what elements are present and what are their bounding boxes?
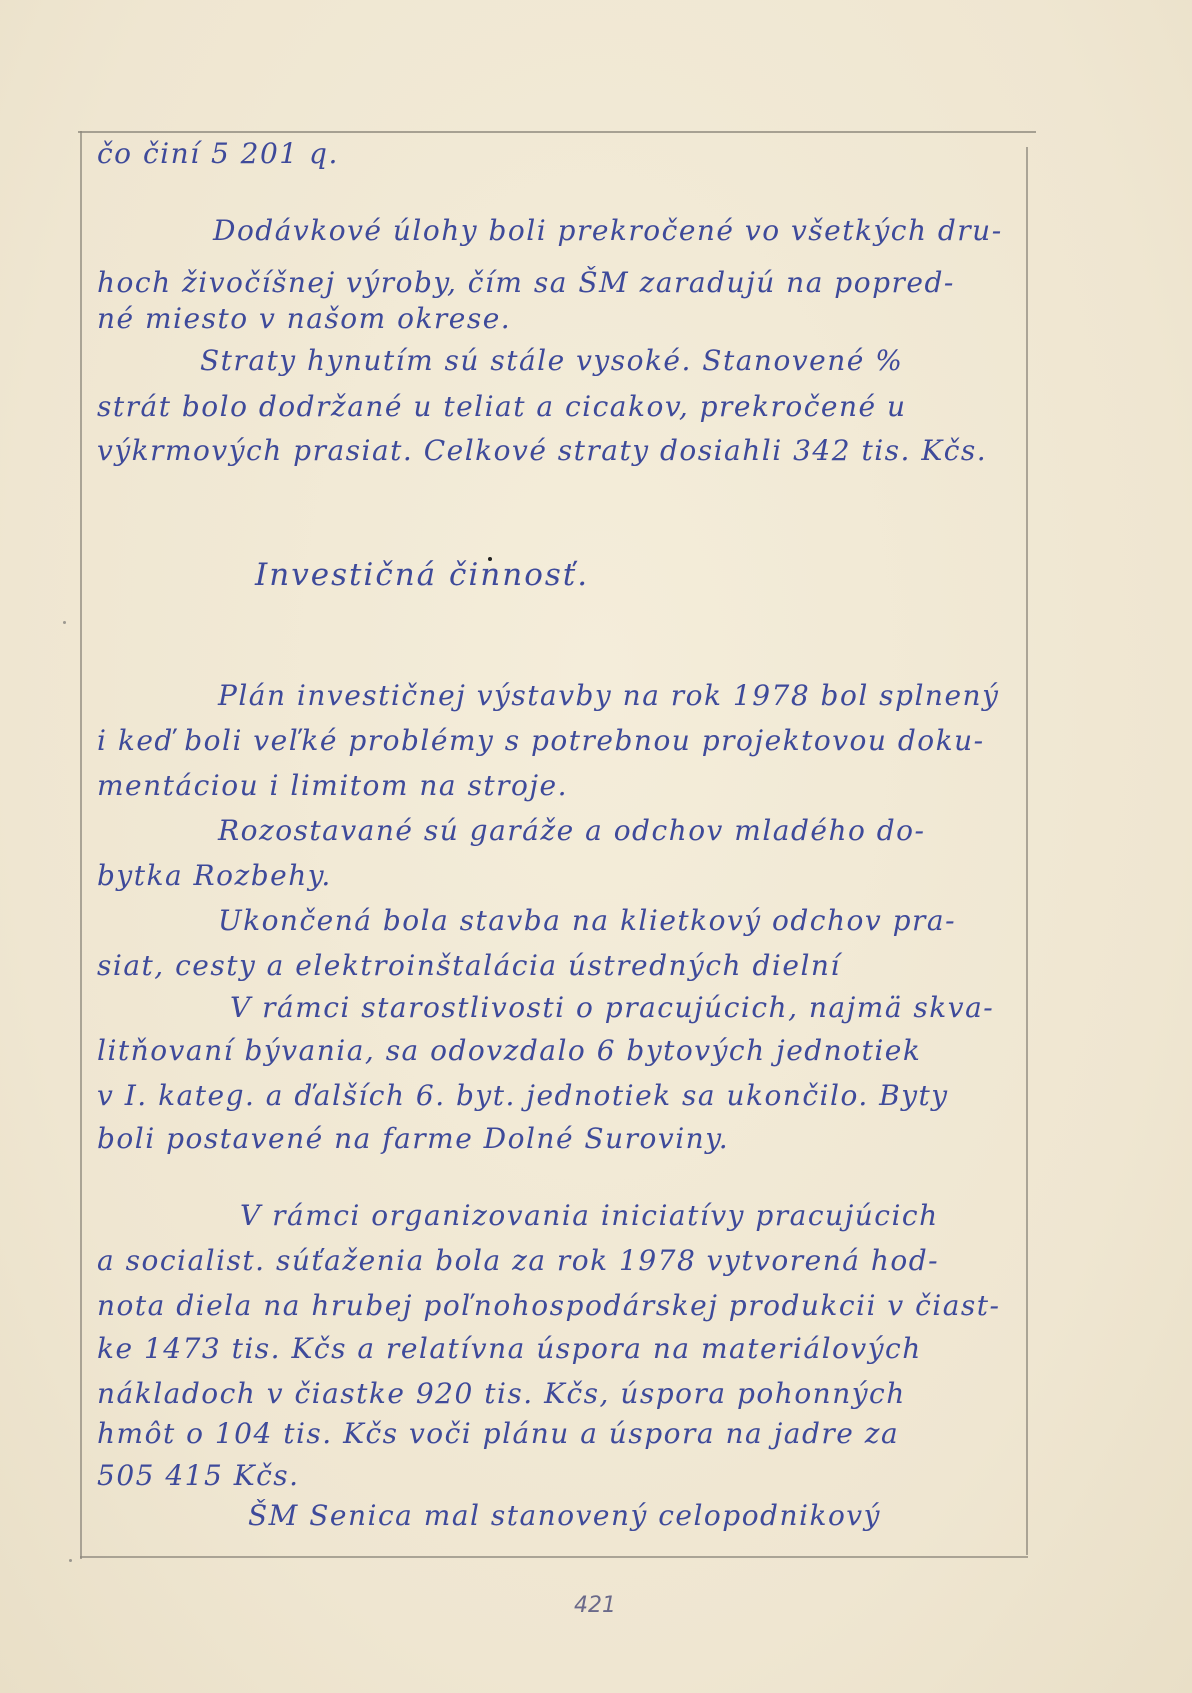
handwritten-line: hoch živočíšnej výroby, čím sa ŠM zaradu… [97,269,955,297]
handwritten-line: v I. kateg. a ďalších 6. byt. jednotiek … [97,1082,949,1110]
frame-right-rule [1026,147,1028,1555]
handwritten-line: bytka Rozbehy. [97,862,332,890]
handwritten-line: nota diela na hrubej poľnohospodárskej p… [97,1292,1001,1320]
handwritten-line: Plán investičnej výstavby na rok 1978 bo… [218,682,999,710]
paper-speck [63,621,66,624]
handwritten-line: V rámci organizovania iniciatívy pracujú… [240,1202,939,1230]
handwritten-line: strát bolo dodržané u teliat a cicakov, … [97,393,907,421]
handwritten-line: čo činí 5 201 q. [97,140,339,168]
handwritten-line: ŠM Senica mal stanovený celopodnikový [248,1502,881,1530]
handwritten-line: Straty hynutím sú stále vysoké. Stanoven… [200,347,903,375]
handwritten-line: litňovaní bývania, sa odovzdalo 6 bytový… [97,1037,921,1065]
notebook-page: čo činí 5 201 q.Dodávkové úlohy boli pre… [0,0,1192,1693]
handwritten-line: výkrmových prasiat. Celkové straty dosia… [97,437,987,465]
frame-bottom-rule [80,1556,1028,1558]
section-heading: Investičná činnosť. [255,560,589,591]
handwritten-line: né miesto v našom okrese. [97,305,511,333]
handwritten-line: mentáciou i limitom na stroje. [97,772,568,800]
handwritten-line: V rámci starostlivosti o pracujúcich, na… [230,994,994,1022]
handwritten-line: Ukončená bola stavba na klietkový odchov… [218,907,956,935]
handwritten-line: siat, cesty a elektroinštalácia ústredný… [97,952,841,980]
handwritten-line: 505 415 Kčs. [97,1462,300,1490]
handwritten-line: ke 1473 tis. Kčs a relatívna úspora na m… [97,1335,922,1363]
handwritten-line: boli postavené na farme Dolné Suroviny. [97,1125,729,1153]
frame-top-rule [78,131,1036,133]
handwritten-line: nákladoch v čiastke 920 tis. Kčs, úspora… [97,1380,906,1408]
paper-speck [69,1559,72,1562]
handwritten-line: i keď boli veľké problémy s potrebnou pr… [97,727,985,755]
handwritten-line: Rozostavané sú garáže a odchov mladého d… [218,817,926,845]
handwritten-line: Dodávkové úlohy boli prekročené vo všetk… [213,217,1003,245]
handwritten-line: a socialist. súťaženia bola za rok 1978 … [97,1247,939,1275]
page-number: 421 [574,1593,616,1618]
frame-left-rule [80,131,82,1559]
handwritten-line: hmôt o 104 tis. Kčs voči plánu a úspora … [97,1420,899,1448]
